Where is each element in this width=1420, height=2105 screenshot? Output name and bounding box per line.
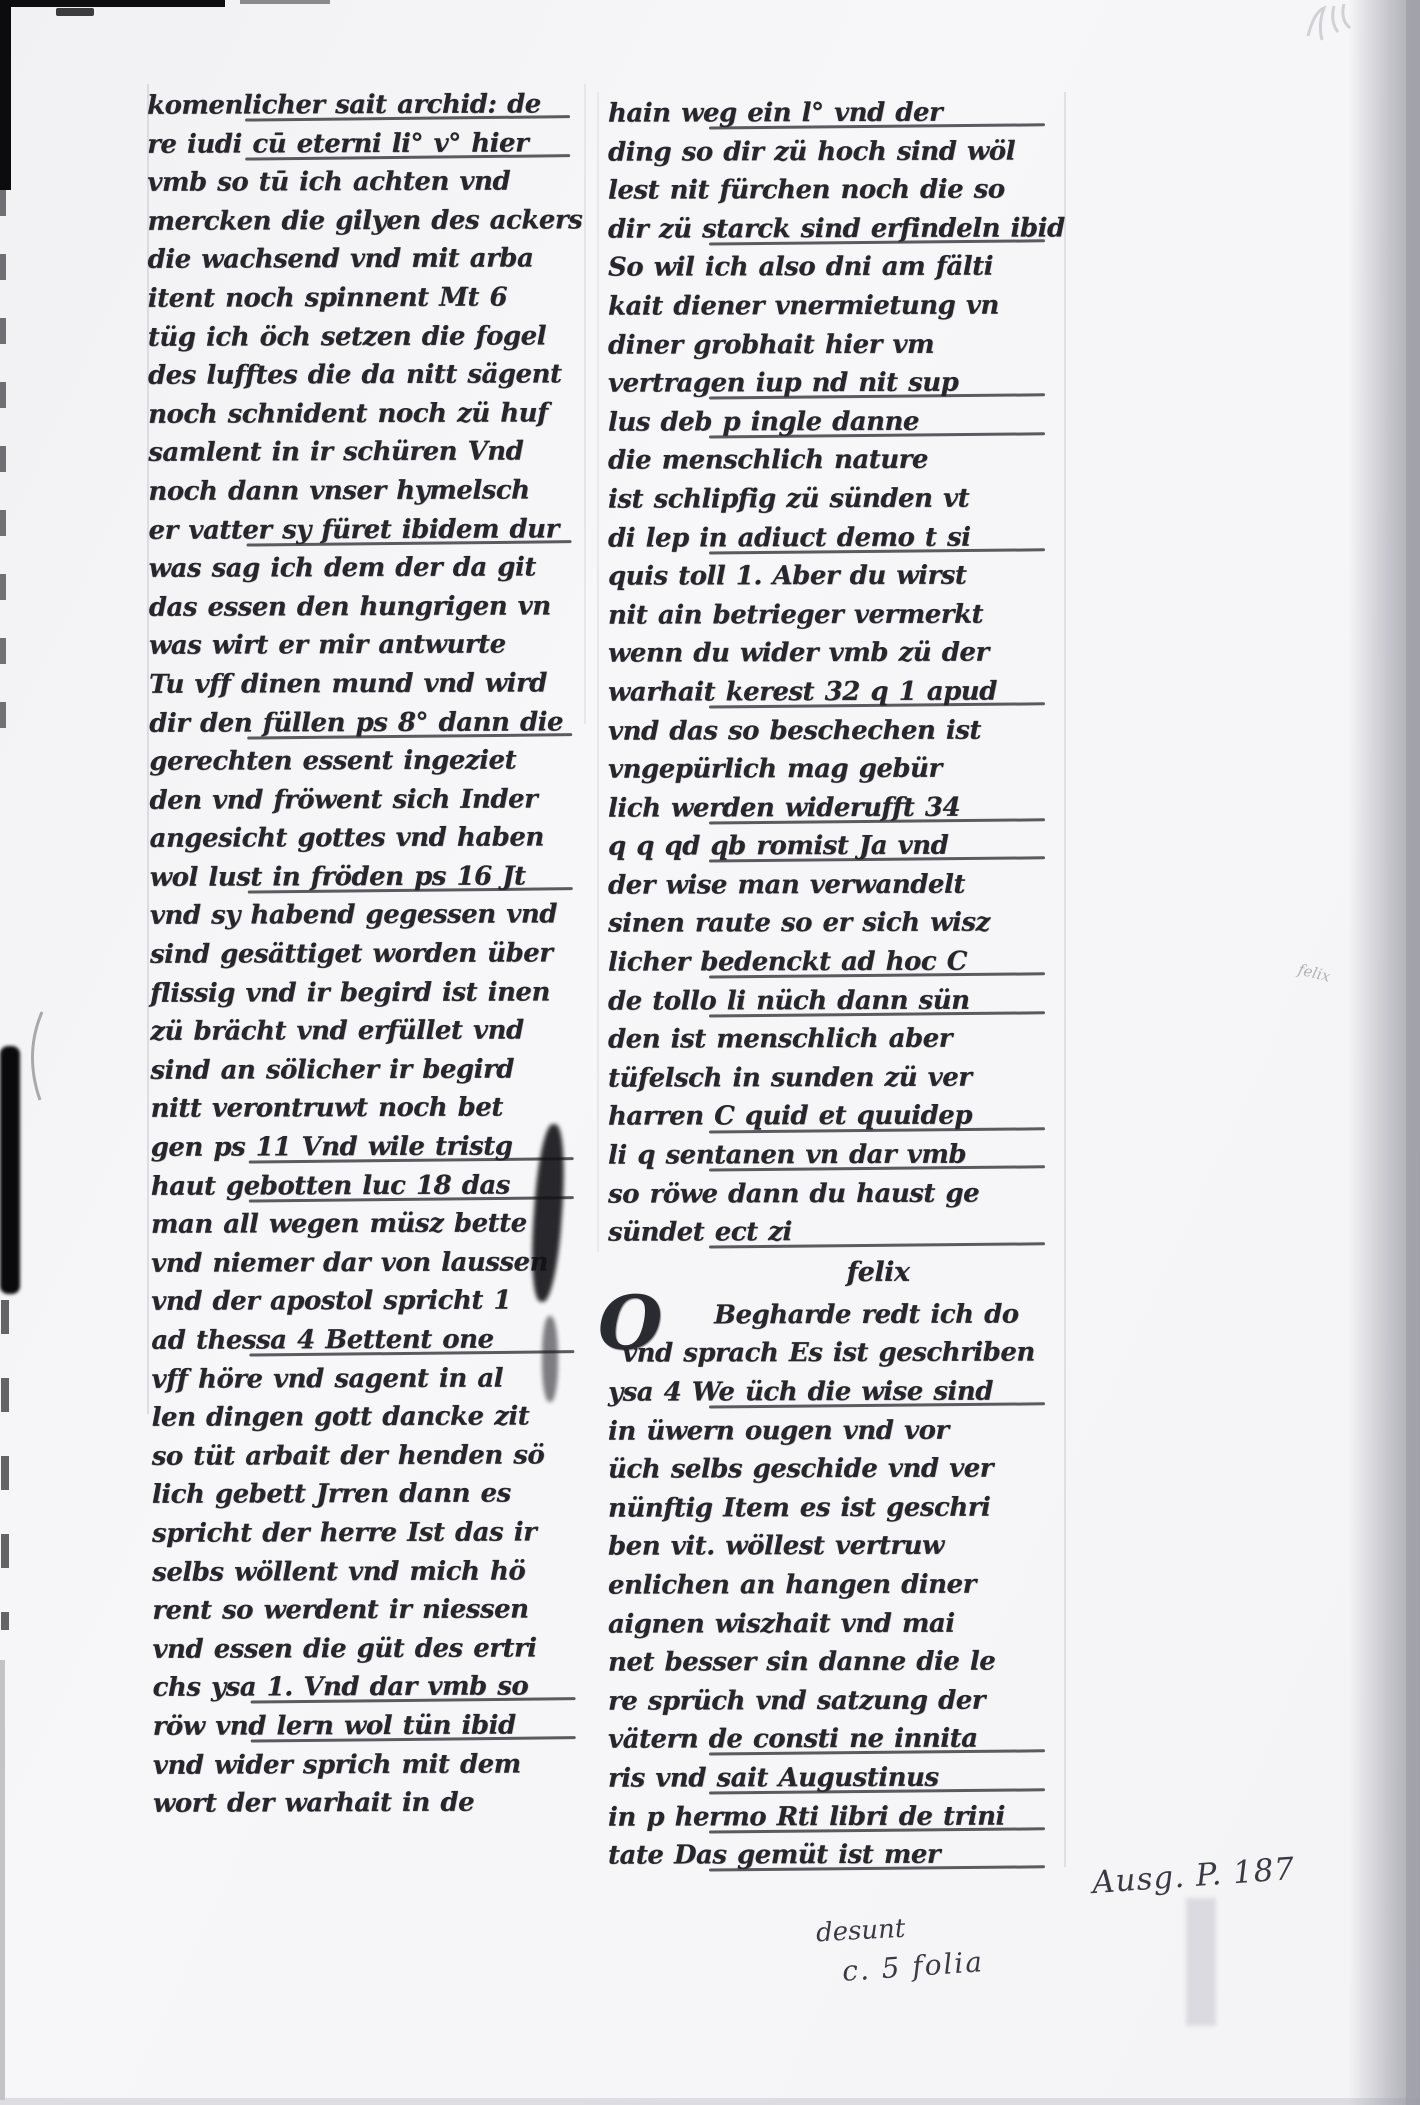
manuscript-line: vnd wider sprich mit dem bbox=[153, 1745, 598, 1785]
manuscript-line: ist schlipfig zü sünden vt bbox=[608, 479, 1068, 519]
manuscript-line: q q qd qb romist Ja vnd bbox=[608, 827, 1068, 867]
left-text-column: komenlicher sait archid: dere iudi cū et… bbox=[147, 85, 598, 1823]
manuscript-line: wort der warhait in de bbox=[153, 1783, 598, 1823]
edition-reference-note: Ausg. P. 187 bbox=[1091, 1851, 1296, 1901]
manuscript-line: wenn du wider vmb zü der bbox=[608, 634, 1068, 674]
manuscript-line: aignen wiszhait vnd mai bbox=[608, 1604, 1068, 1644]
manuscript-line: haut gebotten luc 18 das bbox=[151, 1166, 596, 1206]
manuscript-line: vnd sprach Es ist geschriben bbox=[608, 1334, 1068, 1374]
begharde-paragraph: O Begharde redt ich dovnd sprach Es ist … bbox=[608, 1295, 1068, 1875]
manuscript-line: tate Das gemüt ist mer bbox=[608, 1836, 1068, 1876]
manuscript-line: rent so werdent ir niessen bbox=[152, 1590, 597, 1630]
manuscript-line: ben vit. wöllest vertruw bbox=[608, 1527, 1068, 1567]
manuscript-line: ris vnd sait Augustinus bbox=[608, 1758, 1068, 1798]
manuscript-line: vnd sy habend gegessen vnd bbox=[150, 896, 595, 936]
manuscript-line: kait diener vnermietung vn bbox=[608, 286, 1068, 326]
manuscript-line: vnd das so beschechen ist bbox=[608, 711, 1068, 751]
manuscript-line: Tu vff dinen mund vnd wird bbox=[149, 664, 594, 704]
manuscript-line: üch selbs geschide vnd ver bbox=[608, 1450, 1068, 1490]
manuscript-line: vmb so tū ich achten vnd bbox=[147, 162, 592, 202]
manuscript-page-scan: komenlicher sait archid: dere iudi cū et… bbox=[0, 0, 1420, 2105]
lacuna-note-line1: desunt bbox=[815, 1914, 906, 1949]
manuscript-line: de tollo li nüch dann sün bbox=[608, 981, 1068, 1021]
manuscript-line: hain weg ein l° vnd der bbox=[608, 93, 1068, 133]
manuscript-line: gen ps 11 Vnd wile tristg bbox=[151, 1127, 596, 1167]
manuscript-line: So wil ich also dni am fälti bbox=[608, 248, 1068, 288]
manuscript-line: den vnd fröwent sich Inder bbox=[149, 780, 594, 820]
manuscript-line: quis toll 1. Aber du wirst bbox=[608, 557, 1068, 597]
manuscript-line: re sprüch vnd satzung der bbox=[608, 1681, 1068, 1721]
manuscript-line: nit ain betrieger vermerkt bbox=[608, 595, 1068, 635]
right-column-lower-lines: Begharde redt ich dovnd sprach Es ist ge… bbox=[608, 1295, 1068, 1875]
manuscript-line: vnd essen die güt des ertri bbox=[152, 1629, 597, 1669]
manuscript-line: vnd niemer dar von laussen bbox=[151, 1243, 596, 1283]
manuscript-line: der wise man verwandelt bbox=[608, 865, 1068, 905]
manuscript-line: selbs wöllent vnd mich hö bbox=[152, 1552, 597, 1592]
manuscript-line: sündet ect zi bbox=[608, 1213, 1068, 1253]
manuscript-line: di lep in adiuct demo t si bbox=[608, 518, 1068, 558]
scan-edge-artifact bbox=[0, 1660, 5, 2100]
manuscript-line: enlichen an hangen diner bbox=[608, 1565, 1068, 1605]
scan-edge-artifact bbox=[240, 0, 330, 4]
scan-edge-artifact bbox=[0, 2098, 1420, 2105]
lacuna-note-line2: c. 5 folia bbox=[841, 1945, 985, 1988]
margin-note-felix: felix bbox=[1296, 960, 1332, 985]
manuscript-line: vngepürlich mag gebür bbox=[608, 749, 1068, 789]
manuscript-line: licher bedenckt ad hoc C bbox=[608, 942, 1068, 982]
manuscript-line: er vatter sy füret ibidem dur bbox=[148, 510, 593, 550]
manuscript-line: komenlicher sait archid: de bbox=[147, 85, 592, 125]
manuscript-line: vertragen iup nd nit sup bbox=[608, 364, 1068, 404]
manuscript-line: li q sentanen vn dar vmb bbox=[608, 1135, 1068, 1175]
manuscript-line: warhait kerest 32 q 1 apud bbox=[608, 672, 1068, 712]
scan-edge-artifact bbox=[0, 0, 225, 7]
manuscript-line: tüg ich öch setzen die fogel bbox=[148, 317, 593, 357]
manuscript-line: sind an sölicher ir begird bbox=[150, 1050, 595, 1090]
manuscript-line: vnd der apostol spricht 1 bbox=[151, 1282, 596, 1322]
manuscript-line: lest nit fürchen noch die so bbox=[608, 171, 1068, 211]
manuscript-line: net besser sin danne die le bbox=[608, 1643, 1068, 1683]
gutter-shadow-edge bbox=[1406, 0, 1420, 2105]
manuscript-line: den ist menschlich aber bbox=[608, 1020, 1068, 1060]
ink-smudge bbox=[542, 1316, 558, 1402]
scan-edge-artifact bbox=[0, 0, 11, 190]
manuscript-line: sinen raute so er sich wisz bbox=[608, 904, 1068, 944]
manuscript-line: röw vnd lern wol tün ibid bbox=[153, 1706, 598, 1746]
manuscript-line: in p hermo Rti libri de trini bbox=[608, 1797, 1068, 1837]
manuscript-line: lus deb p ingle danne bbox=[608, 402, 1068, 442]
manuscript-line: harren C quid et quuidep bbox=[608, 1097, 1068, 1137]
manuscript-line: was wirt er mir antwurte bbox=[149, 626, 594, 666]
manuscript-line: sind gesättiget worden über bbox=[150, 934, 595, 974]
manuscript-line: gerechten essent ingeziet bbox=[149, 741, 594, 781]
manuscript-line: chs ysa 1. Vnd dar vmb so bbox=[152, 1668, 597, 1708]
manuscript-line: lich werden widerufft 34 bbox=[608, 788, 1068, 828]
manuscript-line: dir den füllen ps 8° dann die bbox=[149, 703, 594, 743]
corner-scribble bbox=[1300, 2, 1364, 54]
manuscript-line: spricht der herre Ist das ir bbox=[152, 1513, 597, 1553]
manuscript-line: noch schnident noch zü huf bbox=[148, 394, 593, 434]
scan-edge-artifact bbox=[0, 1046, 20, 1294]
right-column-upper-lines: hain weg ein l° vnd derding so dir zü ho… bbox=[608, 93, 1068, 1252]
manuscript-line: ad thessa 4 Bettent one bbox=[151, 1320, 596, 1360]
manuscript-line: in üwern ougen vnd vor bbox=[608, 1411, 1068, 1451]
manuscript-line: diner grobhait hier vm bbox=[608, 325, 1068, 365]
manuscript-line: flissig vnd ir begird ist inen bbox=[150, 973, 595, 1013]
margin-scribble bbox=[18, 1008, 48, 1104]
manuscript-line: len dingen gott dancke zit bbox=[152, 1397, 597, 1437]
manuscript-line: vätern de consti ne innita bbox=[608, 1720, 1068, 1760]
manuscript-line: was sag ich dem der da git bbox=[149, 548, 594, 588]
manuscript-line: man all wegen müsz bette bbox=[151, 1204, 596, 1244]
manuscript-line: ysa 4 We üch die wise sind bbox=[608, 1372, 1068, 1412]
manuscript-line: Begharde redt ich do bbox=[608, 1295, 1068, 1335]
manuscript-line: tüfelsch in sunden zü ver bbox=[608, 1058, 1068, 1098]
section-heading-felix: felix bbox=[608, 1251, 1068, 1294]
manuscript-line: zü brächt vnd erfüllet vnd bbox=[150, 1011, 595, 1051]
manuscript-line: angesicht gottes vnd haben bbox=[150, 819, 595, 859]
manuscript-line: dir zü starck sind erfindeln ibid bbox=[608, 209, 1068, 249]
manuscript-line: so röwe dann du haust ge bbox=[608, 1174, 1068, 1214]
manuscript-line: samlent in ir schüren Vnd bbox=[148, 433, 593, 473]
manuscript-line: wol lust in fröden ps 16 Jt bbox=[150, 857, 595, 897]
manuscript-line: so tüt arbait der henden sö bbox=[152, 1436, 597, 1476]
manuscript-line: noch dann vnser hymelsch bbox=[148, 471, 593, 511]
column-rule-right-inner bbox=[597, 92, 599, 1252]
manuscript-line: nünftig Item es ist geschri bbox=[608, 1488, 1068, 1528]
manuscript-line: vff höre vnd sagent in al bbox=[151, 1359, 596, 1399]
manuscript-line: re iudi cū eterni li° v° hier bbox=[147, 124, 592, 164]
manuscript-line: ding so dir zü hoch sind wöl bbox=[608, 132, 1068, 172]
scan-smudge bbox=[1186, 1898, 1216, 2026]
manuscript-line: die menschlich nature bbox=[608, 441, 1068, 481]
right-text-column: hain weg ein l° vnd derding so dir zü ho… bbox=[608, 93, 1068, 1875]
manuscript-line: nitt verontruwt noch bet bbox=[150, 1089, 595, 1129]
manuscript-line: itent noch spinnent Mt 6 bbox=[148, 278, 593, 318]
scan-edge-artifact bbox=[0, 190, 6, 750]
manuscript-line: mercken die gilyen des ackers bbox=[147, 201, 592, 241]
scan-edge-artifact bbox=[1, 1300, 9, 1630]
manuscript-line: lich gebett Jrren dann es bbox=[152, 1475, 597, 1515]
manuscript-line: die wachsend vnd mit arba bbox=[148, 240, 593, 280]
manuscript-line: des lufftes die da nitt sägent bbox=[148, 355, 593, 395]
manuscript-line: das essen den hungrigen vn bbox=[149, 587, 594, 627]
scan-edge-artifact bbox=[56, 8, 94, 16]
